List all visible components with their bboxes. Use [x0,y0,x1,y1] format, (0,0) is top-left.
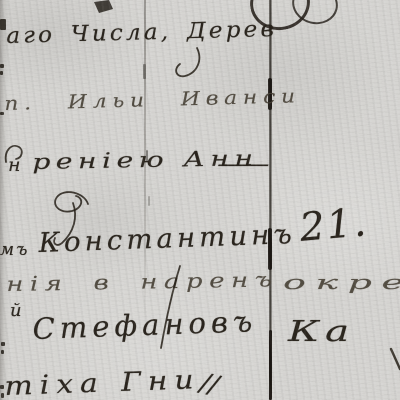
handwritten-line-5-right: окре [283,270,400,294]
column-rule-blot [269,330,272,400]
entry-number: 21. [298,200,370,251]
binding-mark [0,19,6,30]
handwritten-line-6-right: Ка [288,314,355,348]
binding-dot [0,112,4,115]
handwritten-line-1: аго Числа, Дерев [6,17,277,49]
handwritten-line-6: Стефановъ [32,304,258,346]
binding-dot [0,64,4,68]
handwritten-line-3-prefix: н [8,154,21,176]
binding-dot [0,71,3,75]
handwritten-line-7: тіха Гни [4,365,201,400]
ink-mark-top-edge [94,0,113,13]
handwritten-line-6-prefix: й [10,300,22,321]
binding-dot [1,350,4,354]
ink-mark-bottom-right [391,349,400,369]
fold-crease-mark [143,64,146,79]
scanned-document-page: аго Числа, Дерев п. Ильи Иванси н реніею… [0,0,400,400]
fold-crease-mark [148,196,150,206]
flourish-monogram [55,192,88,211]
handwritten-line-4: Константинъ [38,219,296,259]
handwritten-line-3-dash: — [216,152,271,176]
binding-dot [1,393,4,398]
flourish-descender [176,48,199,76]
handwritten-line-7-mark: // [198,368,221,400]
binding-dot [1,342,5,346]
handwritten-line-2: п. Ильи Иванси [4,85,301,115]
binding-dot [0,385,4,389]
handwritten-line-4-prefix: мъ [0,240,29,260]
handwritten-line-5: нія в наренъ [6,267,279,296]
